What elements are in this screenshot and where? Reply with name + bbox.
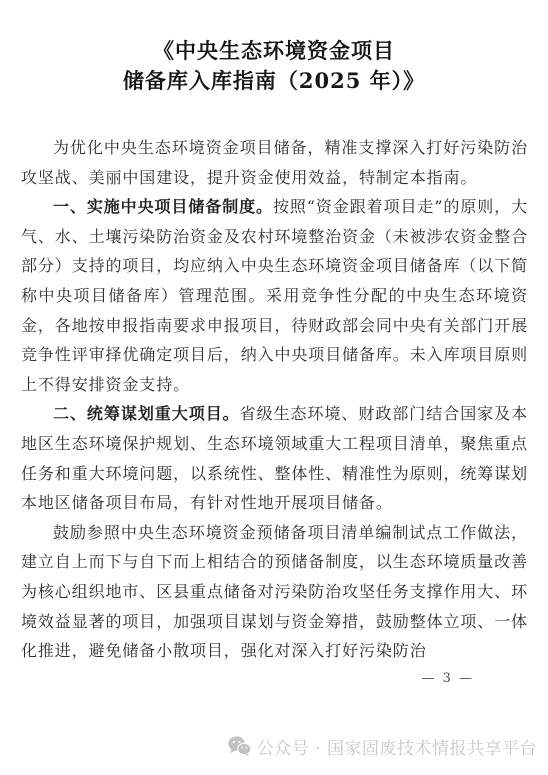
watermark-text: 公众号 · 国家固废技术情报共享平台 (257, 734, 537, 759)
paragraph-intro: 为优化中央生态环境资金项目储备，精准支撑深入打好污染防治攻坚战、美丽中国建设，提… (21, 133, 528, 192)
document-body: 为优化中央生态环境资金项目储备，精准支撑深入打好污染防治攻坚战、美丽中国建设，提… (21, 133, 528, 666)
document-title-line2: 储备库入库指南（2025 年）》 (0, 66, 548, 96)
paragraph-encourage: 鼓励参照中央生态环境资金预储备项目清单编制试点工作做法，建立自上而下与自下而上相… (21, 518, 528, 666)
paragraph-section-1: 一、实施中央项目储备制度。按照“资金跟着项目走”的原则，大气、水、土壤污染防治资… (21, 192, 528, 399)
paragraph-intro-text: 为优化中央生态环境资金项目储备，精准支撑深入打好污染防治攻坚战、美丽中国建设，提… (21, 138, 528, 187)
document-page: 《中央生态环境资金项目 储备库入库指南（2025 年）》 为优化中央生态环境资金… (0, 0, 548, 775)
page-number: — 3 — (421, 671, 474, 686)
paragraph-section-2-lead: 二、统筹谋划重大项目。 (53, 404, 240, 423)
paragraph-section-1-text: 按照“资金跟着项目走”的原则，大气、水、土壤污染防治资金及农村环境整治资金（未被… (21, 197, 528, 394)
wechat-icon (228, 736, 251, 757)
paragraph-encourage-text: 鼓励参照中央生态环境资金预储备项目清单编制试点工作做法，建立自上而下与自下而上相… (21, 523, 528, 660)
paragraph-section-2: 二、统筹谋划重大项目。省级生态环境、财政部门结合国家及本地区生态环境保护规划、生… (21, 399, 528, 517)
watermark-footer: 公众号 · 国家固废技术情报共享平台 (0, 734, 548, 759)
paragraph-section-1-lead: 一、实施中央项目储备制度。 (53, 197, 273, 216)
document-title-line1: 《中央生态环境资金项目 (0, 36, 548, 66)
document-title: 《中央生态环境资金项目 储备库入库指南（2025 年）》 (0, 36, 548, 96)
